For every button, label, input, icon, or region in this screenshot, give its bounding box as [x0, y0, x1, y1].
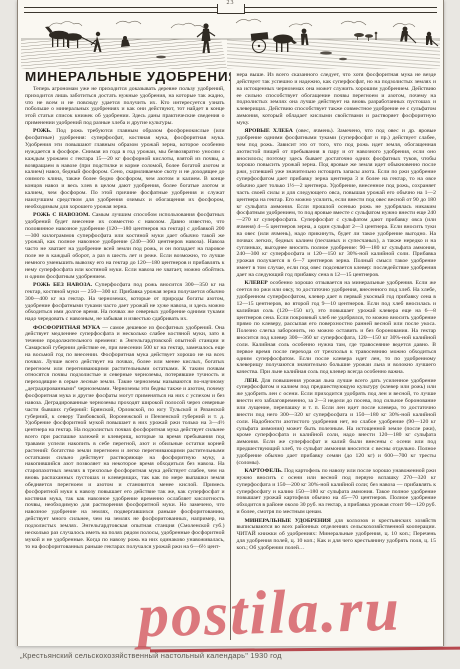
section-heading-yarovye-hleba: ЯРОВЫЕ ХЛЕБА: [245, 128, 293, 134]
intro-paragraph: Теперь агрономам уже не приходится доказ…: [25, 86, 225, 127]
section-text: — самое дешевое из фосфатных удобрений. …: [25, 325, 225, 550]
section-text: Самым лучшим способом использования фосф…: [25, 212, 225, 280]
section-heading-mineralnye-udobreniya: МИНЕРАЛЬНЫЕ УДОБРЕНИЯ: [245, 518, 331, 524]
section-paragraph: РОЖЬ БЕЗ НАВОЗА. Суперфосфата под рожь в…: [25, 282, 225, 323]
continuation-text: нера выше. Из всего сказанного следует, …: [237, 72, 437, 126]
section-paragraph: МИНЕРАЛЬНЫЕ УДОБРЕНИЯ для колхозов и кре…: [237, 518, 437, 552]
section-text: особенно хорошо отзывается на минеральны…: [237, 280, 437, 375]
section-heading-len: ЛЕН.: [245, 378, 259, 384]
section-heading-fosforitnaya-muka: ФОСФОРИТНАЯ МУКА: [33, 325, 100, 331]
watermark-underline: [150, 647, 460, 653]
section-heading-kartofel: КАРТОФЕЛЬ.: [245, 468, 283, 474]
right-column: нера выше. Из всего сказанного следует, …: [231, 72, 437, 640]
field-scene-engraving: [21, 13, 440, 69]
section-text: Для повышения урожая льна лучше всего да…: [237, 378, 437, 466]
section-paragraph: ЛЕН. Для повышения урожая льна лучше все…: [237, 378, 437, 467]
distant-team: [354, 32, 377, 41]
section-heading-rozh-bez-navoza: РОЖЬ БЕЗ НАВОЗА.: [33, 282, 92, 288]
section-paragraph: РОЖЬ С НАВОЗОМ. Самым лучшим способом ис…: [25, 212, 225, 280]
section-text: Под рожь требуются главным образом фосфо…: [25, 128, 225, 209]
section-paragraph: ФОСФОРИТНАЯ МУКА — самое дешевое из фосф…: [25, 325, 225, 551]
section-paragraph: ЯРОВЫЕ ХЛЕБА (овес, ячмень). Замечено, ч…: [237, 128, 437, 279]
section-heading-rozh: РОЖЬ.: [33, 128, 52, 134]
section-heading-rozh-s-navozom: РОЖЬ С НАВОЗОМ.: [33, 212, 90, 218]
section-paragraph: КАРТОФЕЛЬ. Под картофель по навозу или п…: [237, 468, 437, 516]
section-text: (овес, ячмень). Замечено, что под овес и…: [237, 128, 437, 278]
left-column: МИНЕРАЛЬНЫЕ УДОБРЕНИЯ. Теперь агрономам …: [25, 72, 231, 640]
scanned-calendar-page: { "page": { "number": "23", "title": "МИ…: [0, 0, 460, 669]
continuation-paragraph: нера выше. Из всего сказанного следует, …: [237, 72, 437, 127]
section-paragraph: КЛЕВЕР особенно хорошо отзывается на мин…: [237, 280, 437, 376]
section-heading-klever: КЛЕВЕР: [245, 280, 268, 286]
section-paragraph: РОЖЬ. Под рожь требуются главным образом…: [25, 128, 225, 210]
intro-text: Теперь агрономам уже не приходится доказ…: [25, 86, 225, 126]
document-page: 23: [17, 0, 444, 646]
section-text: Под картофель по навозу или после хорошо…: [237, 468, 437, 515]
text-columns: МИНЕРАЛЬНЫЕ УДОБРЕНИЯ. Теперь агрономам …: [25, 72, 436, 640]
page-title: МИНЕРАЛЬНЫЕ УДОБРЕНИЯ.: [25, 74, 225, 81]
section-text: Суперфосфата под рожь вносится 300—350 к…: [25, 282, 225, 322]
clouds: [49, 19, 415, 28]
